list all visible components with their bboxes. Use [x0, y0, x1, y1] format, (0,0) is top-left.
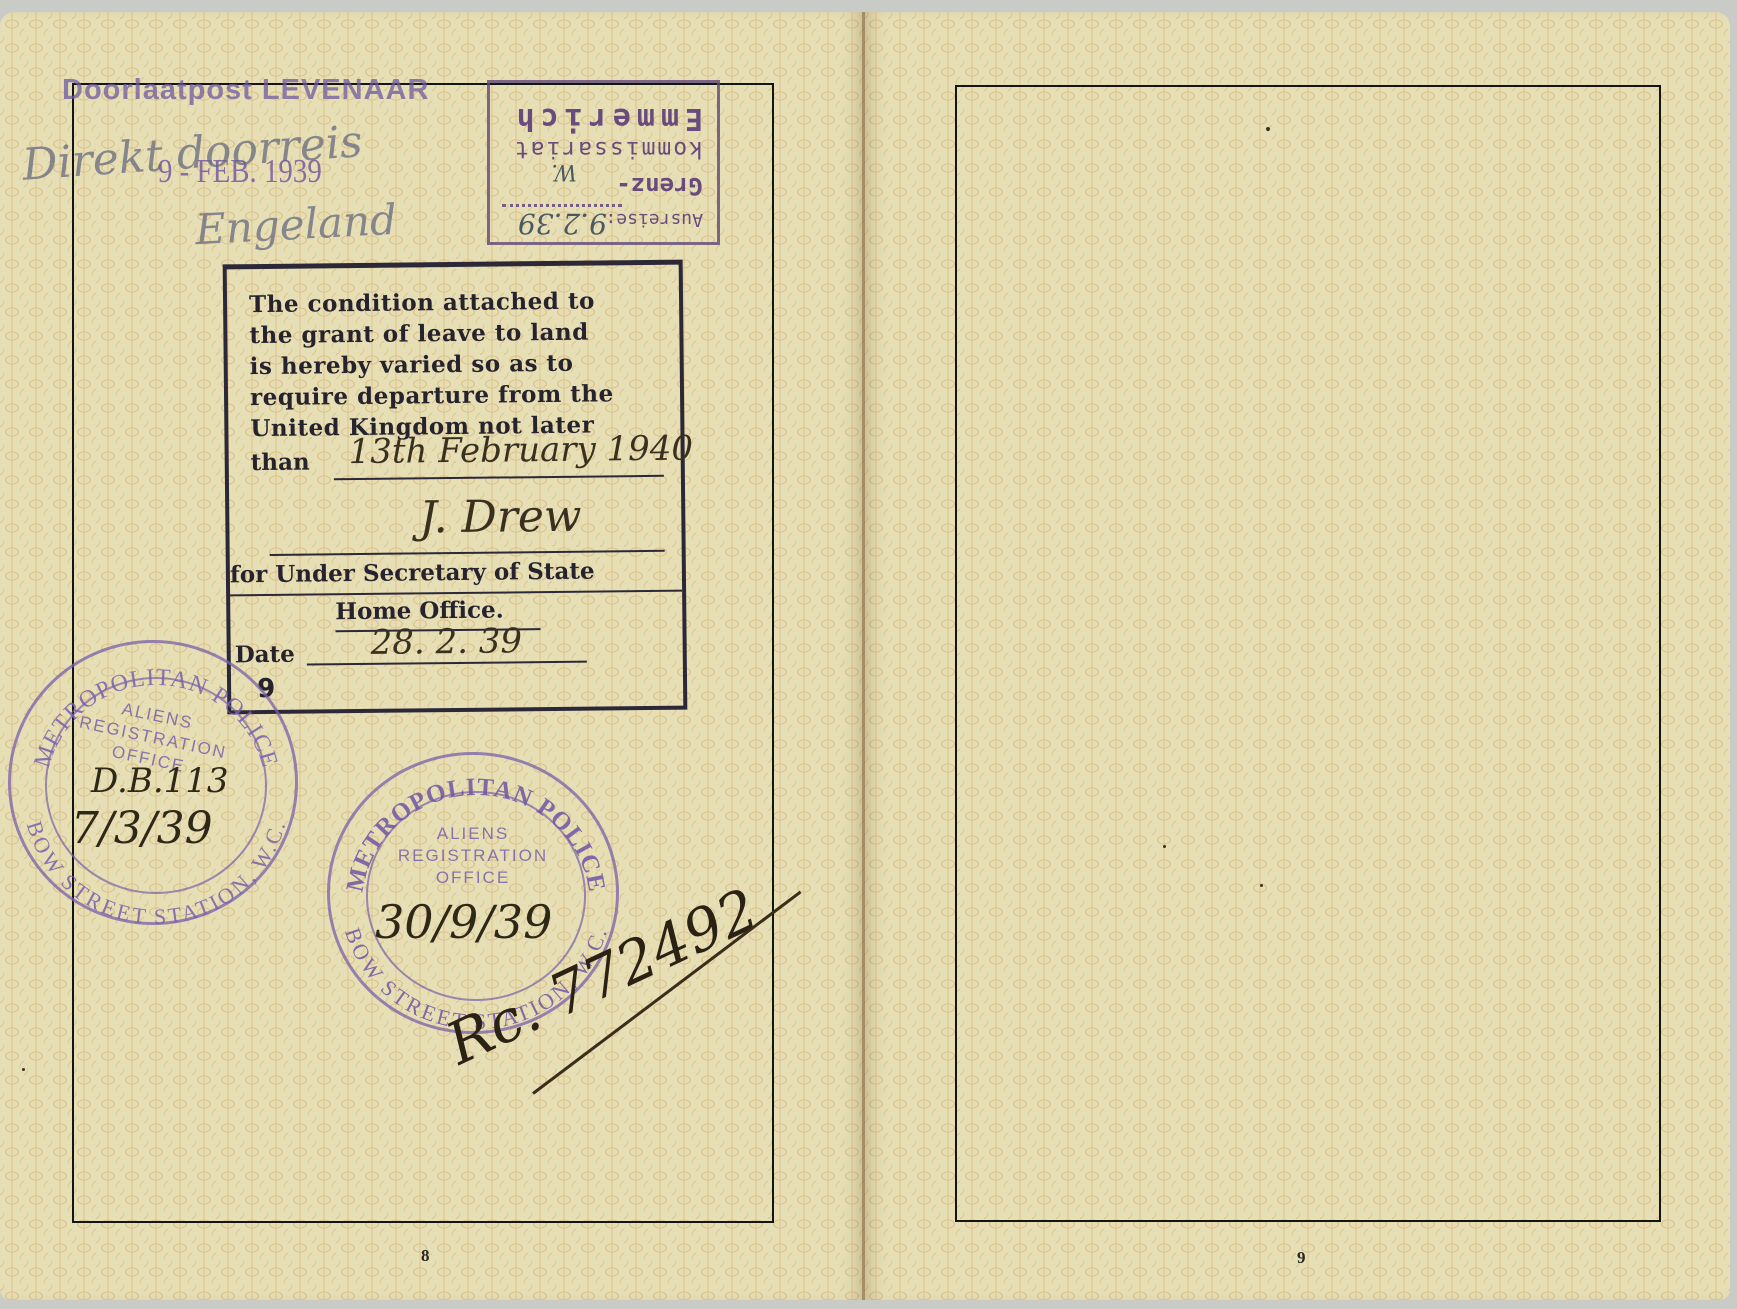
body-line: the grant of leave to land — [249, 316, 613, 351]
seal1-handwritten-ref: D.B.113 — [91, 761, 229, 801]
seal-center-line: OFFICE — [330, 867, 616, 889]
authority-label: for Under Secretary of State — [230, 558, 595, 589]
seal-center-text: ALIENS REGISTRATION OFFICE — [330, 823, 616, 889]
date-value: 28. 2. 39 — [370, 621, 522, 663]
body-line: require departure from the — [250, 378, 614, 413]
seal2-handwritten-date: 30/9/39 — [375, 895, 552, 949]
grenz-ausreise-label: Ausreise: — [605, 209, 703, 230]
departure-date: 13th February 1940 — [348, 429, 693, 473]
grenz-handwritten-initial: W. — [551, 159, 577, 184]
paper-speck — [1260, 884, 1263, 887]
paper-speck — [22, 1068, 25, 1071]
signature-line — [270, 550, 665, 556]
paper-speck — [1163, 845, 1166, 848]
body-line: is hereby varied so as to — [250, 347, 614, 382]
book-gutter — [862, 12, 865, 1300]
than-label: than — [251, 449, 310, 477]
grenz-line3: kommissariat — [513, 136, 703, 162]
grenz-line4: Emmerich — [511, 101, 704, 136]
home-office-body: The condition attached to the grant of l… — [249, 285, 614, 444]
right-page-frame — [955, 85, 1661, 1222]
stamp-separator — [230, 590, 682, 597]
seal-center-line: REGISTRATION — [330, 845, 616, 867]
seal-center-line: ALIENS — [330, 823, 616, 845]
seal1-handwritten-date: 7/3/39 — [71, 803, 213, 854]
than-underline — [334, 475, 664, 480]
official-signature: J. Drew — [419, 491, 582, 544]
page-number-left: 8 — [421, 1246, 430, 1266]
body-line: The condition attached to — [249, 285, 613, 320]
grenzkommissariat-stamp: Ausreise: 9.2.39 Grenz- W. kommissariat … — [487, 80, 720, 245]
paper-speck — [1266, 127, 1270, 131]
page-number-right: 9 — [1297, 1248, 1306, 1268]
grenz-line2: Grenz- — [616, 172, 703, 200]
grenz-handwritten-date: 9.2.39 — [518, 207, 607, 240]
police-seal-1: METROPOLITAN POLICE BOW STREET STATION, … — [8, 640, 298, 925]
border-post-stamp: Doorlaatpost LEVENAAR — [62, 74, 429, 107]
